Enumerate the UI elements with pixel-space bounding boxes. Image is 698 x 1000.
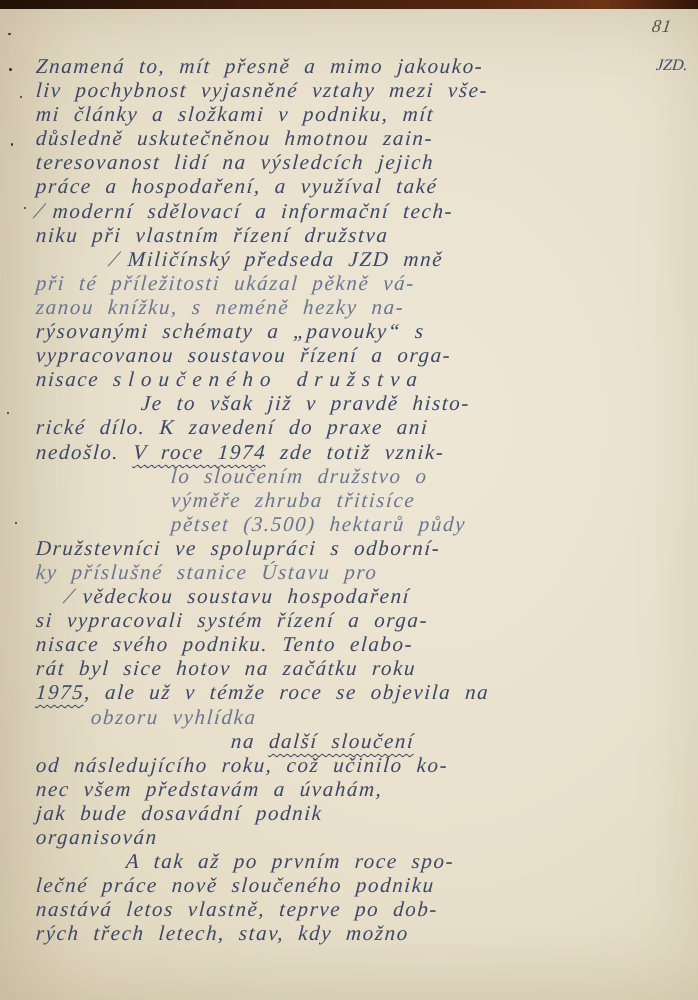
manuscript-line: na další sloučení <box>35 729 655 753</box>
handwritten-text: zanou knížku, s neméně hezky na- <box>35 295 405 319</box>
manuscript-line: rých třech letech, stav, kdy možno <box>35 921 655 945</box>
handwritten-text: obzoru vyhlídka <box>90 705 257 729</box>
manuscript-line: /Miličínský předseda JZD mně <box>35 247 655 271</box>
manuscript-line: organisován <box>35 825 655 849</box>
page-number: 81 <box>651 16 674 37</box>
handwritten-text: ky příslušné stanice Ústavu pro <box>35 560 378 584</box>
manuscript-line: Znamená to, mít přesně a mimo jakouko- <box>35 54 655 78</box>
handwritten-text: niku při vlastním řízení družstva <box>35 223 389 247</box>
handwritten-text: Znamená to, mít přesně a mimo jakouko- <box>35 54 484 78</box>
handwritten-text: rýsovanými schématy a „pavouky“ s <box>35 319 425 343</box>
handwritten-text: nisace <box>35 367 114 391</box>
manuscript-line: rické dílo. K zavedení do praxe ani <box>35 415 655 439</box>
handwritten-text: A tak až po prvním roce spo- <box>125 849 455 873</box>
manuscript-line: nisace svého podniku. Tento elabo- <box>35 632 655 656</box>
manuscript-line: /vědeckou soustavu hospodaření <box>35 584 655 608</box>
handwritten-text: důsledně uskutečněnou hmotnou zain- <box>35 126 434 150</box>
handwritten-text: práce a hospodaření, a využíval také <box>35 174 438 198</box>
underlined-text: V roce 1974 <box>132 440 267 464</box>
manuscript-line: důsledně uskutečněnou hmotnou zain- <box>35 126 655 150</box>
manuscript-line: při té příležitosti ukázal pěkně vá- <box>35 271 655 295</box>
insertion-mark: / <box>107 247 123 271</box>
handwritten-text: moderní sdělovací a informační tech- <box>52 199 454 223</box>
manuscript-line: nec všem představám a úvahám, <box>35 777 655 801</box>
paper-speck <box>15 522 17 524</box>
manuscript-line: lečné práce nově sloučeného podniku <box>35 873 655 897</box>
handwritten-text: , ale už v témže roce se objevila na <box>84 680 491 704</box>
insertion-mark: / <box>32 199 48 223</box>
handwritten-text: při té příležitosti ukázal pěkně vá- <box>35 271 416 295</box>
handwritten-text: mi články a složkami v podniku, mít <box>35 102 435 126</box>
paper-speck <box>9 68 12 71</box>
manuscript-line: jak bude dosavádní podnik <box>35 801 655 825</box>
manuscript-lines: Znamená to, mít přesně a mimo jakouko-li… <box>36 54 654 945</box>
handwritten-text: pětset (3.500) hektarů půdy <box>170 512 467 536</box>
handwritten-text: organisován <box>35 825 159 849</box>
handwritten-text: lečné práce nově sloučeného podniku <box>35 873 436 897</box>
handwritten-text: vědeckou soustavu hospodaření <box>82 584 411 608</box>
manuscript-line: liv pochybnost vyjasněné vztahy mezi vše… <box>35 78 655 102</box>
manuscript-page: 81 JZD. Znamená to, mít přesně a mimo ja… <box>0 0 698 1000</box>
paper-speck <box>8 33 11 35</box>
manuscript-line: nastává letos vlastně, teprve po dob- <box>35 897 655 921</box>
book-edge <box>0 0 698 9</box>
handwritten-text: zde totiž vznik- <box>265 440 445 464</box>
paper-speck <box>20 96 22 98</box>
manuscript-line: pětset (3.500) hektarů půdy <box>35 512 655 536</box>
manuscript-line: rát byl sice hotov na začátku roku <box>35 656 655 680</box>
handwritten-text: rát byl sice hotov na začátku roku <box>35 656 417 680</box>
handwritten-text: rické dílo. K zavedení do praxe ani <box>35 415 429 439</box>
manuscript-line: od následujícího roku, což učinilo ko- <box>35 753 655 777</box>
manuscript-line: Družstevníci ve spolupráci s odborní- <box>35 536 655 560</box>
manuscript-line: Je to však již v pravdě histo- <box>35 391 655 415</box>
handwritten-text: nedošlo. <box>35 440 134 464</box>
handwritten-text: liv pochybnost vyjasněné vztahy mezi vše… <box>35 78 489 102</box>
handwritten-text: výměře zhruba třitisíce <box>170 488 416 512</box>
manuscript-line: vypracovanou soustavou řízení a orga- <box>35 343 655 367</box>
paper-speck <box>24 207 26 209</box>
paper-speck <box>11 143 13 146</box>
manuscript-line: 1975, ale už v témže roce se objevila na <box>35 680 655 704</box>
handwritten-text: na <box>230 729 270 753</box>
handwritten-text: jak bude dosavádní podnik <box>35 801 323 825</box>
handwritten-text: od následujícího roku, což učinilo ko- <box>35 753 449 777</box>
handwritten-text: Je to však již v pravdě histo- <box>140 391 471 415</box>
handwritten-text: si vypracovali systém řízení a orga- <box>35 608 429 632</box>
manuscript-line: ky příslušné stanice Ústavu pro <box>35 560 655 584</box>
manuscript-line: práce a hospodaření, a využíval také <box>35 174 655 198</box>
manuscript-line: lo sloučením družstvo o <box>35 464 655 488</box>
manuscript-line: výměře zhruba třitisíce <box>35 488 655 512</box>
manuscript-line: /moderní sdělovací a informační tech- <box>35 199 655 223</box>
handwritten-text: Družstevníci ve spolupráci s odborní- <box>35 536 441 560</box>
manuscript-line: niku při vlastním řízení družstva <box>35 223 655 247</box>
manuscript-line: obzoru vyhlídka <box>35 705 655 729</box>
manuscript-line: teresovanost lidí na výsledcích jejich <box>35 150 655 174</box>
manuscript-line: A tak až po prvním roce spo- <box>35 849 655 873</box>
insertion-mark: / <box>62 584 78 608</box>
handwritten-text: vypracovanou soustavou řízení a orga- <box>35 343 452 367</box>
handwritten-text: rých třech letech, stav, kdy možno <box>35 921 410 945</box>
manuscript-line: zanou knížku, s neméně hezky na- <box>35 295 655 319</box>
manuscript-line: rýsovanými schématy a „pavouky“ s <box>35 319 655 343</box>
manuscript-line: mi články a složkami v podniku, mít <box>35 102 655 126</box>
manuscript-line: nisace sloučeného družstva <box>35 367 655 391</box>
handwritten-text: lo sloučením družstvo o <box>170 464 428 488</box>
margin-note: JZD. <box>655 57 688 75</box>
paper-speck <box>7 412 9 414</box>
handwritten-text: nisace svého podniku. Tento elabo- <box>35 632 414 656</box>
handwritten-text: nec všem představám a úvahám, <box>35 777 383 801</box>
underlined-text: další sloučení <box>268 729 415 753</box>
manuscript-line: nedošlo. V roce 1974 zde totiž vznik- <box>35 440 655 464</box>
handwritten-text: teresovanost lidí na výsledcích jejich <box>35 150 435 174</box>
handwritten-text: sloučeného družstva <box>112 367 425 391</box>
handwritten-text: nastává letos vlastně, teprve po dob- <box>35 897 439 921</box>
manuscript-line: si vypracovali systém řízení a orga- <box>35 608 655 632</box>
handwritten-text: Miličínský předseda JZD mně <box>127 247 444 271</box>
underlined-text: 1975 <box>35 680 85 704</box>
